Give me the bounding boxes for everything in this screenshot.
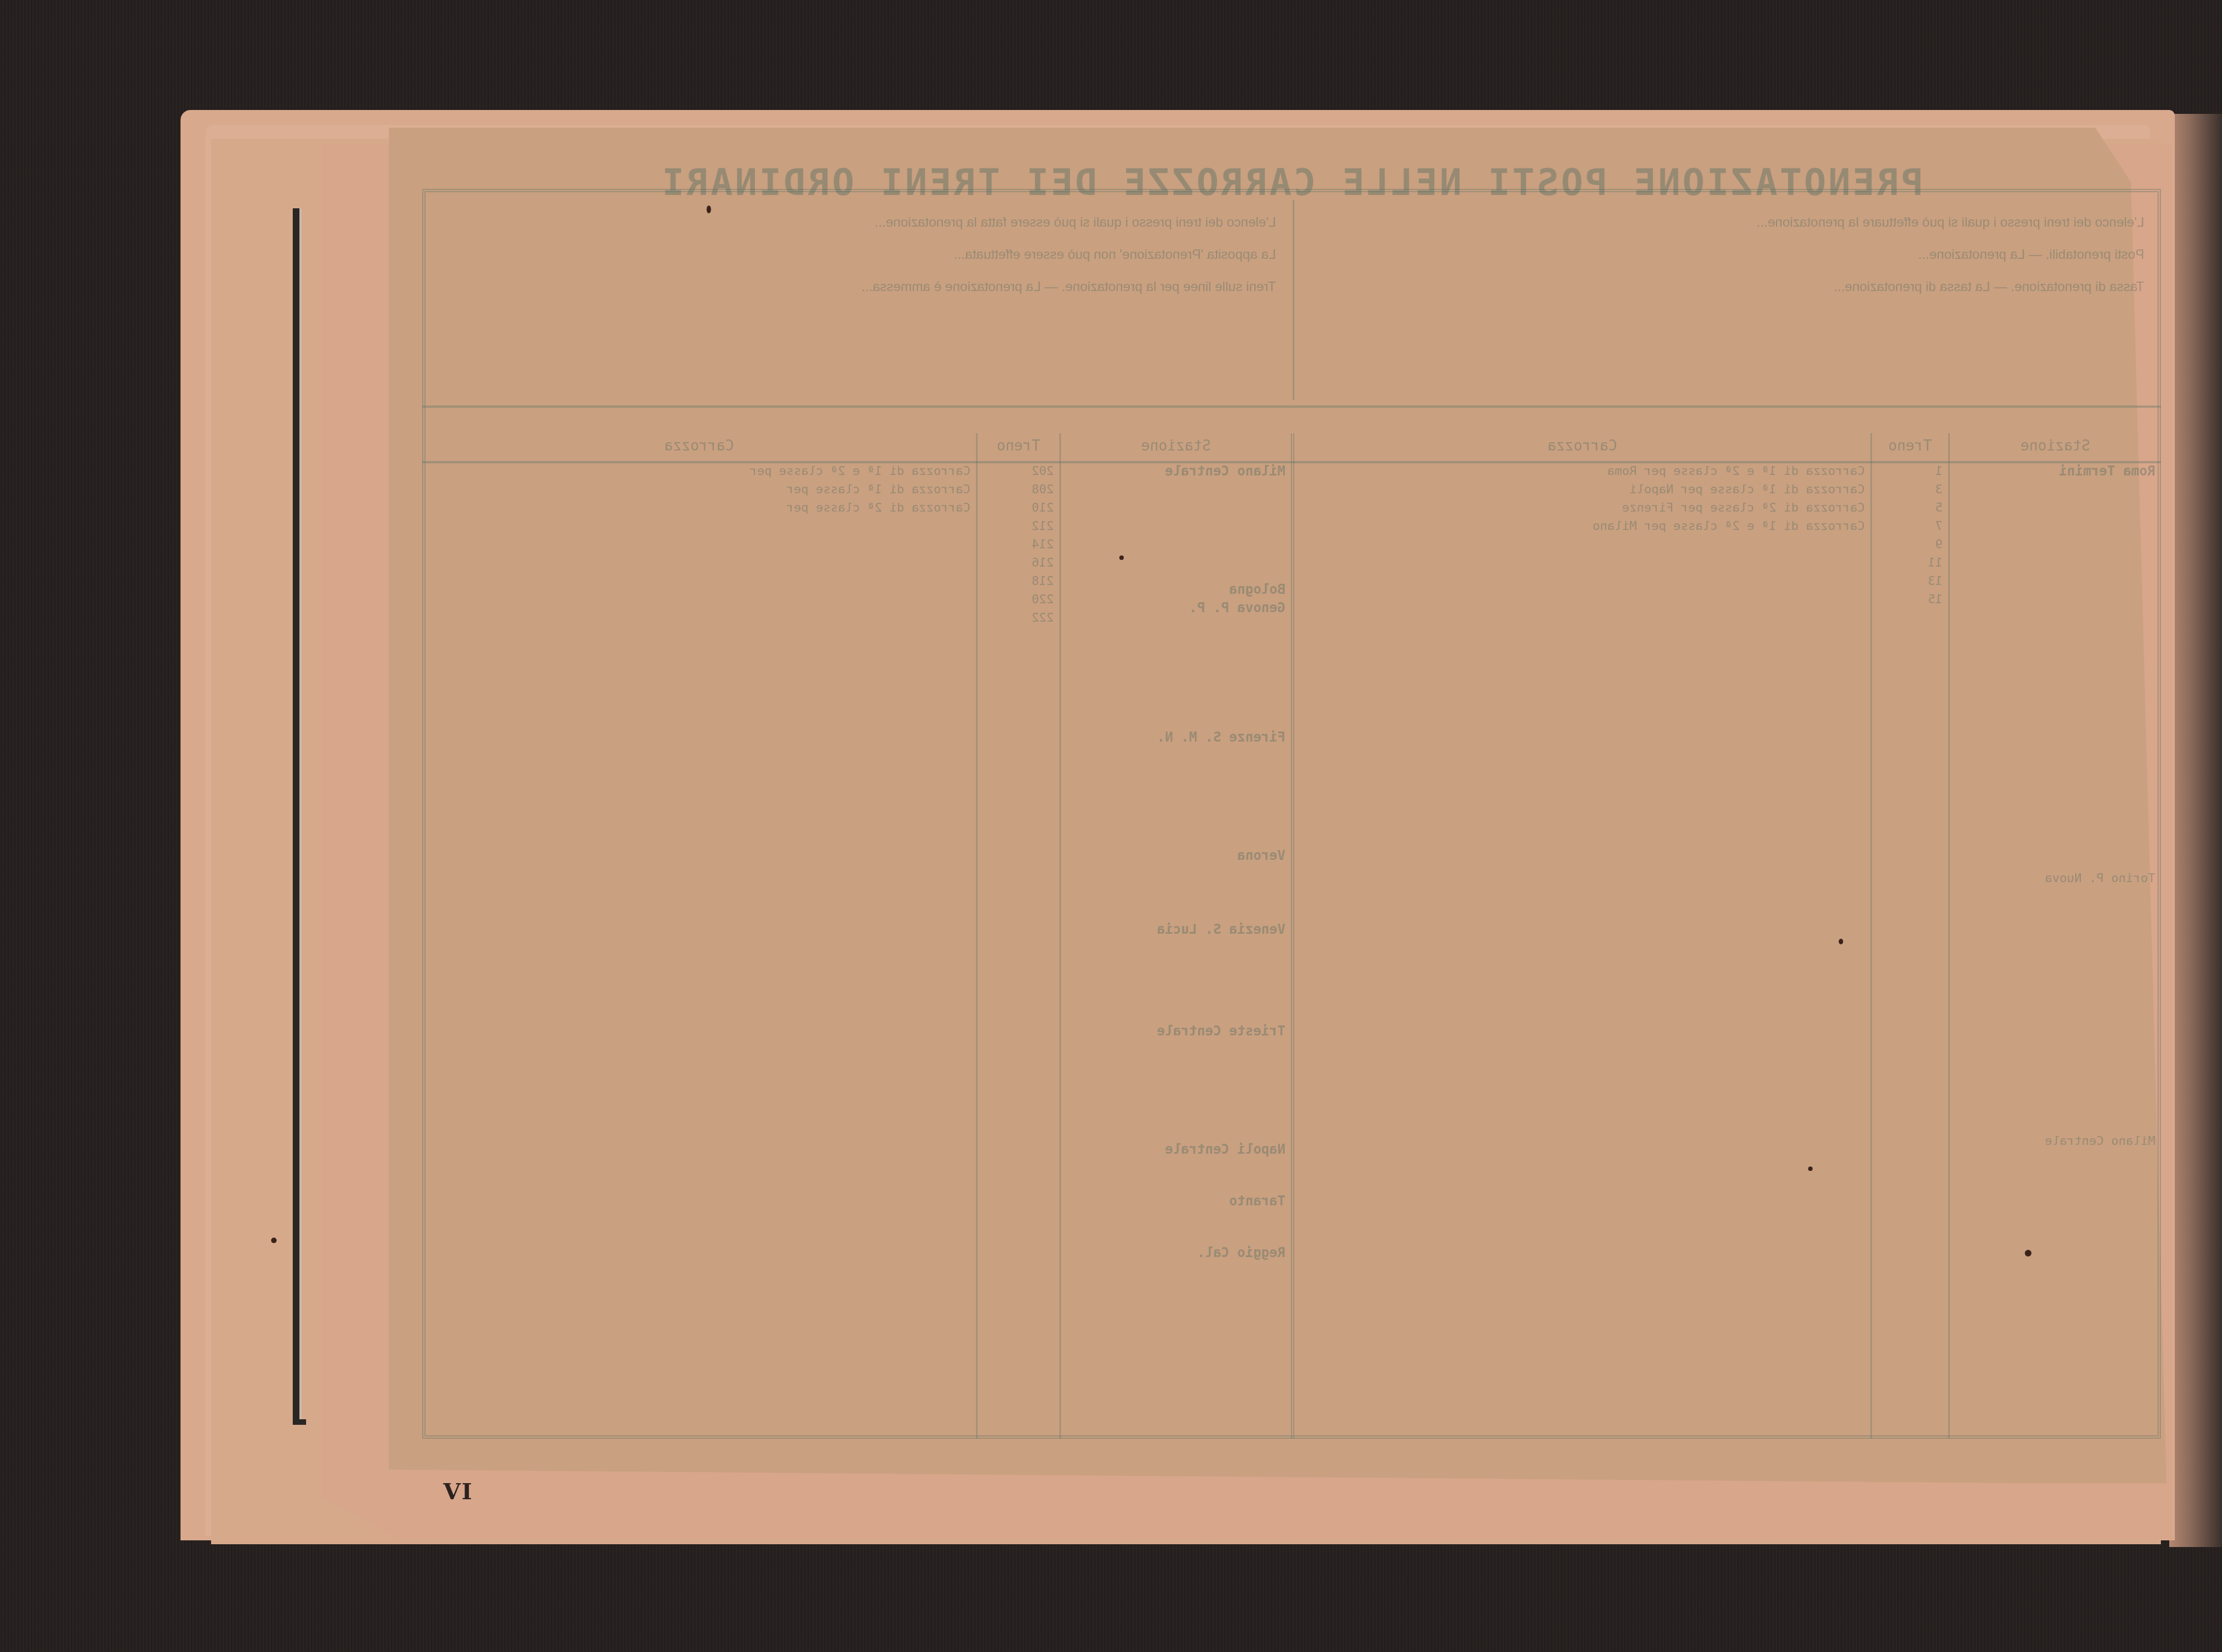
cell: Genova P. P. <box>1067 599 1285 617</box>
cell: 15 <box>1878 590 1943 609</box>
col-stations-a: Stazione Roma Termini Torino P. Nuova Mi… <box>1950 433 2161 1439</box>
bleed-through-content: PRENOTAZIONE POSTI NELLE CARROZZE DEI TR… <box>422 189 2161 1439</box>
cell: Carrozza di 1ª e 2ª classe per Roma <box>1300 462 1865 480</box>
cell: Torino P. Nuova <box>1955 869 2155 888</box>
page-number: VI <box>443 1479 473 1505</box>
cell: Trieste Centrale <box>1067 1022 1285 1040</box>
cell: 210 <box>983 499 1054 517</box>
divider <box>422 406 2161 408</box>
intro-right: L'elenco dei treni presso i quali si può… <box>422 200 1294 400</box>
ink-spot <box>1839 939 1843 944</box>
cell: Napoli Centrale <box>1067 1140 1285 1159</box>
cell: Roma Termini <box>1955 462 2155 480</box>
ink-spot <box>1119 555 1124 560</box>
cell: 214 <box>983 535 1054 554</box>
col-trains-b: Treno 202 208 210 212 214 216 218 220 22… <box>978 433 1061 1439</box>
ink-spot <box>2025 1250 2031 1256</box>
page-stack-edge <box>2169 114 2222 1547</box>
col-stations-b: Stazione Milano Centrale Bologna Genova … <box>1061 433 1294 1439</box>
column-header: Carrozza <box>428 438 970 454</box>
cell: Firenze S. M. N. <box>1067 728 1285 747</box>
cell: Milano Centrale <box>1955 1132 2155 1150</box>
cell: 13 <box>1878 572 1943 590</box>
cell: Bologna <box>1067 580 1285 599</box>
ink-spot <box>707 206 711 213</box>
binding-rule-cap <box>293 1419 306 1425</box>
cell: 9 <box>1878 535 1943 554</box>
column-header: Stazione <box>1955 438 2155 454</box>
intro-left-para: L'elenco dei treni presso i quali si può… <box>1311 213 2144 232</box>
cell: 216 <box>983 554 1054 572</box>
column-header: Stazione <box>1067 438 1285 454</box>
cell: Verona <box>1067 847 1285 865</box>
cell: Taranto <box>1067 1192 1285 1210</box>
binding-rule <box>293 208 302 1419</box>
column-header: Treno <box>983 438 1054 454</box>
cell: 202 <box>983 462 1054 480</box>
cell: 3 <box>1878 480 1943 499</box>
cell: Carrozza di 1ª e 2ª classe per <box>428 462 970 480</box>
intro-left-para: Tassa di prenotazione. — La tassa di pre… <box>1311 278 2144 297</box>
cell: 220 <box>983 590 1054 609</box>
cell: 222 <box>983 609 1054 627</box>
ink-spot <box>1808 1167 1813 1171</box>
bleed-title: PRENOTAZIONE POSTI NELLE CARROZZE DEI TR… <box>422 161 2161 204</box>
col-trains-a: Treno 1 3 5 7 9 11 13 15 <box>1872 433 1950 1439</box>
bleed-table: Stazione Roma Termini Torino P. Nuova Mi… <box>422 433 2161 1439</box>
col-carriages-a: Carrozza Carrozza di 1ª e 2ª classe per … <box>1294 433 1872 1439</box>
cell: 208 <box>983 480 1054 499</box>
cell: 11 <box>1878 554 1943 572</box>
cell: Carrozza di 2ª classe per Firenze <box>1300 499 1865 517</box>
intro-left: L'elenco dei treni presso i quali si può… <box>1294 200 2161 400</box>
cell: 5 <box>1878 499 1943 517</box>
column-header: Carrozza <box>1300 438 1865 454</box>
cell: 218 <box>983 572 1054 590</box>
cell: Carrozza di 1ª classe per <box>428 480 970 499</box>
intro-right-para: La apposita 'Prenotazione' non può esser… <box>439 246 1276 264</box>
cell: Venezia S. Lucia <box>1067 920 1285 939</box>
cell: Reggio Cal. <box>1067 1244 1285 1262</box>
intro-right-para: L'elenco dei treni presso i quali si può… <box>439 213 1276 232</box>
cell: Carrozza di 1ª classe per Napoli <box>1300 480 1865 499</box>
column-header: Treno <box>1878 438 1943 454</box>
cell: Carrozza di 2ª classe per <box>428 499 970 517</box>
cell: Carrozza di 1ª e 2ª classe per Milano <box>1300 517 1865 535</box>
col-carriages-b: Carrozza Carrozza di 1ª e 2ª classe per … <box>422 433 978 1439</box>
cell: Milano Centrale <box>1067 462 1285 480</box>
intro-right-para: Treni sulle linee per la prenotazione. —… <box>439 278 1276 297</box>
intro-left-para: Posti prenotabili. — La prenotazione... <box>1311 246 2144 264</box>
cell: 1 <box>1878 462 1943 480</box>
cell: 7 <box>1878 517 1943 535</box>
ink-spot <box>271 1238 277 1243</box>
cell: 212 <box>983 517 1054 535</box>
